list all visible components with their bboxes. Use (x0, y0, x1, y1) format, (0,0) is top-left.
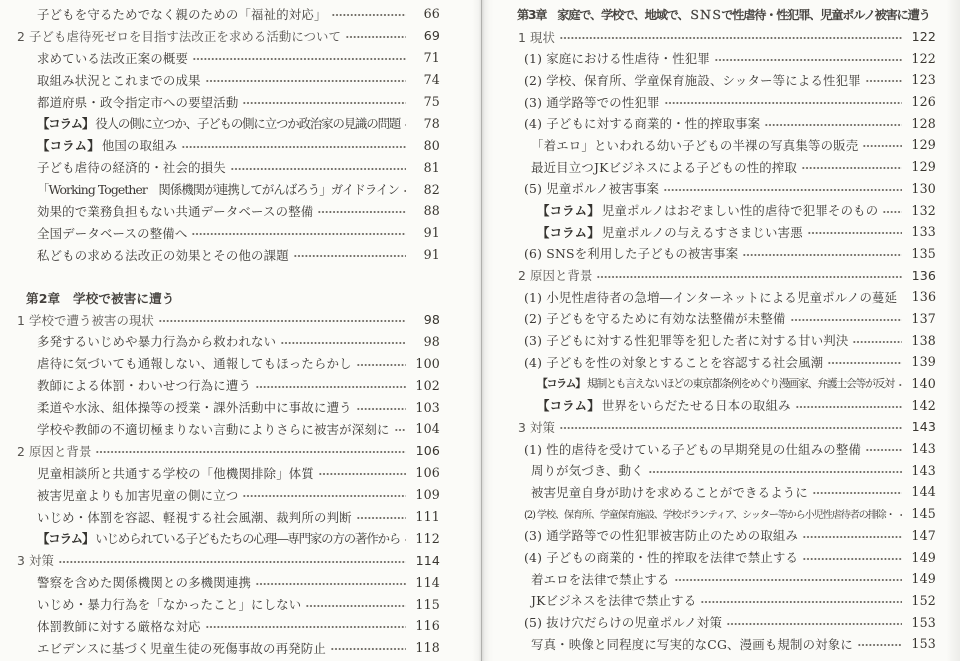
dot-leader (332, 13, 406, 17)
toc-entry-title: 多発するいじめや暴力行為から救われない (37, 332, 276, 350)
toc-row: 3 対策 143 (484, 416, 936, 438)
toc-entry-title: 体罰教師に対する厳格な対応 (37, 617, 201, 635)
column-badge-label: 【コラム】 (37, 114, 93, 132)
dot-leader (560, 36, 902, 40)
toc-entry-title: 2 原因と背景 (518, 266, 592, 284)
toc-entry-title: 全国データベースの整備へ (37, 224, 187, 242)
toc-page-number: 129 (908, 159, 936, 174)
dot-leader (96, 450, 406, 454)
toc-row: 児童相談所と共通する学校の「他機関排除」体質 106 (0, 462, 440, 484)
toc-entry-title: (3) 通学路等での性犯罪 (524, 93, 660, 111)
dot-leader (727, 622, 902, 626)
toc-row: 体罰教師に対する厳格な対応 116 (0, 615, 440, 637)
dot-leader (182, 145, 406, 149)
toc-row: (5) 児童ポルノ被害事案 130 (484, 178, 936, 200)
dot-leader (675, 578, 903, 582)
dot-leader (59, 560, 406, 564)
dot-leader (853, 340, 902, 344)
toc-row: (3) 通学路等での性犯罪被害防止のための取組み 147 (484, 525, 936, 547)
toc-left-page: 子どもを守るためでなく親のための「福祉的対応」 66 2 子ども虐待死ゼロを目指… (0, 0, 478, 661)
dot-leader (883, 210, 902, 214)
toc-row: 1 現状 122 (484, 26, 936, 48)
toc-page-number: 122 (908, 29, 936, 44)
toc-page-number: 145 (908, 506, 936, 521)
toc-row: (1) 家庭における性虐待・性犯罪 122 (484, 47, 936, 69)
toc-row: 【コラム】 児童ポルノの与えるすさまじい害悪 133 (484, 221, 936, 243)
toc-page-number: 135 (908, 246, 936, 261)
toc-page-number: 100 (412, 356, 440, 371)
toc-page-number: 104 (412, 421, 440, 436)
toc-page-number: 106 (412, 465, 440, 480)
toc-row: 2 原因と背景 106 (0, 440, 440, 462)
book-spread: 子どもを守るためでなく親のための「福祉的対応」 66 2 子ども虐待死ゼロを目指… (0, 0, 960, 661)
toc-entry-title: (4) 子どもに対する商業的・性的搾取事案 (524, 114, 760, 132)
dot-leader (243, 494, 406, 498)
toc-entry-title: 「着エロ」といわれる幼い子どもの半裸の写真集等の販売 (531, 136, 858, 154)
toc-entry-title: 着エロを法律で禁止する (531, 570, 670, 588)
toc-page-number: 132 (908, 203, 936, 218)
toc-entry-title: 規制とも言えないほどの東京都条例をめぐり漫画家、弁護士会等が反対 (587, 376, 894, 391)
toc-page-number: 153 (908, 636, 936, 651)
toc-row: エビデンスに基づく児童生徒の死傷事故の再発防止 118 (0, 637, 440, 659)
toc-entry-title: JKビジネスを法律で禁止する (531, 591, 696, 609)
toc-row: 【コラム】 他国の取組み 80 (0, 134, 440, 156)
column-badge-label: 【コラム】 (537, 396, 600, 414)
toc-row: (2) 学校、保育所、学童保育施設、シッター等による性犯罪 123 (484, 69, 936, 91)
toc-page-number: 88 (412, 203, 440, 218)
dot-leader (357, 516, 406, 520)
toc-entry-title: 2 原因と背景 (17, 442, 91, 460)
dot-leader (813, 491, 902, 495)
toc-row: 「着エロ」といわれる幼い子どもの半裸の写真集等の販売 129 (484, 134, 936, 156)
toc-entry-title: 児童相談所と共通する学校の「他機関排除」体質 (37, 464, 314, 482)
toc-page-number: 66 (412, 6, 440, 21)
column-badge-label: 【コラム】 (37, 529, 93, 547)
dot-leader (863, 144, 902, 148)
toc-row: (4) 子どもを性の対象とすることを容認する社会風潮 139 (484, 351, 936, 373)
toc-row: 多発するいじめや暴力行為から救われない 98 (0, 330, 440, 352)
toc-page-number: 98 (412, 312, 440, 327)
toc-page-number: 137 (908, 311, 936, 326)
toc-entry-title: (4) 子どもを性の対象とすることを容認する社会風潮 (524, 353, 823, 371)
dot-leader (900, 513, 902, 517)
toc-page-number: 153 (908, 615, 936, 630)
dot-leader (319, 472, 406, 476)
toc-entry-title: (5) 抜け穴だらけの児童ポルノ対策 (524, 613, 722, 631)
dot-leader (159, 319, 406, 323)
dot-leader (796, 405, 902, 409)
toc-page-number: 75 (412, 94, 440, 109)
toc-entry-title: 写真・映像と同程度に写実的なCG、漫画も規制の対象に (531, 635, 853, 653)
dot-leader (281, 341, 406, 345)
dot-leader (765, 123, 902, 127)
toc-entry-title: 役人の側に立つか、子どもの側に立つか政治家の見識の問題 (95, 114, 400, 132)
dot-leader (858, 643, 902, 647)
toc-entry-title: エビデンスに基づく児童生徒の死傷事故の再発防止 (37, 639, 326, 657)
toc-page-number: 91 (412, 225, 440, 240)
dot-leader (828, 361, 902, 365)
toc-page-number: 69 (412, 28, 440, 43)
toc-entry-title: 効果的で業務負担もない共通データベースの整備 (37, 202, 313, 220)
dot-leader (701, 600, 902, 604)
toc-page-number: 109 (412, 487, 440, 502)
toc-entry-title: 周りが気づき、動く (531, 461, 644, 479)
toc-row: 2 子ども虐待死ゼロを目指す法改正を求める活動について 69 (0, 25, 440, 47)
toc-entry-title: (3) 通学路等での性犯罪被害防止のための取組み (524, 526, 798, 544)
toc-row: (1) 小児性虐待者の急増―インターネットによる児童ポルノの蔓延 136 (484, 286, 936, 308)
dot-leader (256, 582, 406, 586)
dot-leader (899, 383, 902, 387)
toc-page-number: 74 (412, 72, 440, 87)
toc-page-number: 136 (908, 268, 936, 283)
toc-row: 教師による体罰・わいせつ行為に遭う 102 (0, 374, 440, 396)
toc-page-number: 112 (412, 531, 440, 546)
dot-leader (803, 535, 902, 539)
toc-entry-title: 私どもの求める法改正の効果とその他の課題 (37, 246, 289, 264)
toc-page-number: 115 (412, 597, 440, 612)
dot-leader (866, 79, 902, 83)
toc-page-number: 78 (412, 116, 440, 131)
toc-entry-title: 教師による体罰・わいせつ行為に遭う (37, 376, 251, 394)
dot-leader (318, 210, 406, 214)
toc-entry-title: 求めている法改正案の概要 (37, 49, 188, 67)
dot-leader (357, 407, 406, 411)
toc-row: 全国データベースの整備へ 91 (0, 222, 440, 244)
toc-entry-title: 「Working Together 関係機関が連携してがんばろう」ガイドライン (37, 180, 399, 198)
toc-entry-title: 被害児童自身が助けを求めることができるように (531, 483, 808, 501)
toc-row: (6) SNSを利用した子どもの被害事案 135 (484, 243, 936, 265)
toc-row: 【コラム】 世界をいらだたせる日本の取組み 142 (484, 394, 936, 416)
column-badge-label: 【コラム】 (537, 376, 585, 391)
toc-entry-title: (4) 子どもの商業的・性的搾取を法律で禁止する (524, 548, 798, 566)
toc-row: 私どもの求める法改正の効果とその他の課題 91 (0, 244, 440, 266)
toc-row: 「Working Together 関係機関が連携してがんばろう」ガイドライン … (0, 178, 440, 200)
dot-leader (231, 167, 406, 171)
toc-right-page: 第3章 家庭で、学校で、地域で、ＳＮＳで性虐待・性犯罪、児童ポルノ被害に遭う 1… (484, 0, 960, 661)
toc-entry-title: 取組み状況とこれまでの成果 (37, 71, 201, 89)
toc-entry-title: 1 現状 (518, 28, 555, 46)
toc-page-number: 152 (908, 593, 936, 608)
toc-page-number: 133 (908, 224, 936, 239)
toc-row: 警察を含めた関係機関との多機関連携 114 (0, 571, 440, 593)
toc-entry-title: 子どもを守るためでなく親のための「福祉的対応」 (37, 5, 327, 23)
dot-leader (404, 189, 406, 193)
toc-entry-title: 都道府県・政令指定市への要望活動 (37, 93, 238, 111)
toc-entry-title: (2) 子どもを守るために有効な法整備が未整備 (524, 309, 786, 327)
toc-page-number: 80 (412, 138, 440, 153)
toc-entry-title: 虐待に気づいても通報しない、通報してもほったらかし (37, 354, 352, 372)
dot-leader (802, 166, 902, 170)
toc-page-number: 116 (412, 618, 440, 633)
toc-entry-title: 被害児童よりも加害児童の側に立つ (37, 486, 238, 504)
toc-row: 効果的で業務負担もない共通データベースの整備 88 (0, 200, 440, 222)
toc-row: 着エロを法律で禁止する 149 (484, 568, 936, 590)
toc-page-number: 114 (412, 553, 440, 568)
toc-page-number: 118 (412, 640, 440, 655)
toc-page-number: 149 (908, 550, 936, 565)
dot-leader (306, 604, 406, 608)
toc-entry-title: 児童ポルノの与えるすさまじい害悪 (602, 223, 803, 241)
toc-page-number: 142 (908, 398, 936, 413)
toc-row: (4) 子どもの商業的・性的搾取を法律で禁止する 149 (484, 546, 936, 568)
toc-row: (5) 抜け穴だらけの児童ポルノ対策 153 (484, 611, 936, 633)
toc-row: 2 原因と背景 136 (484, 264, 936, 286)
toc-entry-title: (6) SNSを利用した子どもの被害事案 (524, 244, 738, 262)
dot-leader (346, 35, 406, 39)
toc-page-number: 140 (908, 376, 936, 391)
toc-page-number: 136 (908, 289, 936, 304)
toc-entry-title: (3) 子どもに対する性犯罪等を犯した者に対する甘い判決 (524, 331, 848, 349)
toc-entry-title: 警察を含めた関係機関との多機関連携 (37, 573, 251, 591)
toc-page-number: 114 (412, 575, 440, 590)
toc-page-number: 111 (412, 509, 440, 524)
toc-row: JKビジネスを法律で禁止する 152 (484, 590, 936, 612)
toc-entry-title: 第2章 学校で被害に遭う (26, 288, 175, 307)
dot-leader (866, 448, 902, 452)
dot-leader (715, 58, 902, 62)
toc-page-number: 82 (412, 182, 440, 197)
toc-page-number: 143 (908, 419, 936, 434)
toc-page-number: 143 (908, 463, 936, 478)
toc-row: 被害児童自身が助けを求めることができるように 144 (484, 481, 936, 503)
page-gutter-line (481, 0, 482, 661)
toc-row: (3) 通学路等での性犯罪 126 (484, 91, 936, 113)
toc-entry-title: 学校や教師の不適切極まりない言動によりさらに被害が深刻に (37, 420, 390, 438)
dot-leader (405, 538, 406, 542)
toc-page-number: 102 (412, 378, 440, 393)
toc-entry-title: (1) 家庭における性虐待・性犯罪 (524, 49, 710, 67)
dot-leader (294, 254, 406, 258)
toc-row: 都道府県・政令指定市への要望活動 75 (0, 91, 440, 113)
toc-page-number: 144 (908, 484, 936, 499)
toc-entry-title: 柔道や水泳、組体操等の授業・課外活動中に事故に遭う (37, 398, 352, 416)
toc-row: 被害児童よりも加害児童の側に立つ 109 (0, 484, 440, 506)
toc-row: 取組み状況とこれまでの成果 74 (0, 69, 440, 91)
toc-row: 【コラム】 いじめられている子どもたちの心理―専門家の方の著作から 112 (0, 527, 440, 549)
toc-row: いじめ・暴力行為を「なかったこと」にしない 115 (0, 593, 440, 615)
toc-page-number: 129 (908, 137, 936, 152)
toc-page-number: 91 (412, 247, 440, 262)
toc-row: 柔道や水泳、組体操等の授業・課外活動中に事故に遭う 103 (0, 396, 440, 418)
toc-row: いじめ・体罰を容認、軽視する社会風潮、裁判所の判断 111 (0, 506, 440, 528)
toc-page-number: 81 (412, 160, 440, 175)
toc-row: (4) 子どもに対する商業的・性的搾取事案 128 (484, 112, 936, 134)
toc-page-number: 106 (412, 443, 440, 458)
toc-row: 3 対策 114 (0, 549, 440, 571)
toc-page-number: 71 (412, 50, 440, 65)
toc-entry-title: 最近目立つJKビジネスによる子どもの性的搾取 (531, 158, 797, 176)
toc-page-number: 122 (908, 51, 936, 66)
dot-leader (665, 101, 902, 105)
toc-row: 第3章 家庭で、学校で、地域で、ＳＮＳで性虐待・性犯罪、児童ポルノ被害に遭う (484, 4, 936, 26)
dot-leader (560, 426, 902, 430)
dot-leader (243, 101, 406, 105)
toc-entry-title: 児童ポルノはおぞましい性的虐待で犯罪そのもの (602, 201, 879, 219)
toc-row: 虐待に気づいても通報しない、通報してもほったらかし 100 (0, 352, 440, 374)
toc-page-number: 126 (908, 94, 936, 109)
toc-entry-title: (1) 小児性虐待者の急増―インターネットによる児童ポルノの蔓延 (524, 288, 897, 306)
toc-page-number: 143 (908, 441, 936, 456)
dot-leader (192, 232, 406, 236)
toc-row: 1 学校で遭う被害の現状 98 (0, 309, 440, 331)
toc-page-number: 149 (908, 571, 936, 586)
dot-leader (791, 318, 902, 322)
dot-leader (597, 275, 902, 279)
toc-entry-title: (2) 学校、保育所、学童保育施設、シッター等による性犯罪 (524, 71, 861, 89)
toc-entry-title: 1 学校で遭う被害の現状 (17, 311, 154, 329)
dot-leader (206, 79, 406, 83)
toc-entry-title: 2 子ども虐待死ゼロを目指す法改正を求める活動について (17, 27, 341, 45)
dot-leader (649, 470, 902, 474)
toc-row: 求めている法改正案の概要 71 (0, 47, 440, 69)
toc-entry-title: 第3章 家庭で、学校で、地域で、ＳＮＳで性虐待・性犯罪、児童ポルノ被害に遭う (517, 6, 930, 23)
toc-entry-title: 他国の取組み (102, 136, 178, 154)
toc-entry-title: 3 対策 (17, 551, 54, 569)
dot-leader (395, 428, 406, 432)
dot-leader (743, 253, 902, 257)
column-badge-label: 【コラム】 (37, 136, 100, 154)
toc-entry-title: いじめ・体罰を容認、軽視する社会風潮、裁判所の判断 (37, 508, 352, 526)
toc-row: (3) 子どもに対する性犯罪等を犯した者に対する甘い判決 138 (484, 329, 936, 351)
column-badge-label: 【コラム】 (537, 223, 600, 241)
toc-page-number: 103 (412, 400, 440, 415)
toc-page-number: 147 (908, 528, 936, 543)
toc-entry-title: (5) 児童ポルノ被害事案 (524, 179, 659, 197)
toc-row (0, 266, 440, 287)
dot-leader (331, 647, 406, 651)
toc-entry-title: いじめ・暴力行為を「なかったこと」にしない (37, 595, 301, 613)
toc-row: 第2章 学校で被害に遭う (0, 287, 440, 309)
toc-page-number: 98 (412, 334, 440, 349)
toc-entry-title: 3 対策 (518, 418, 555, 436)
toc-page-number: 138 (908, 333, 936, 348)
toc-row: 最近目立つJKビジネスによる子どもの性的搾取 129 (484, 156, 936, 178)
column-badge-label: 【コラム】 (537, 201, 600, 219)
dot-leader (405, 123, 406, 127)
dot-leader (803, 557, 902, 561)
toc-row: 子どもを守るためでなく親のための「福祉的対応」 66 (0, 3, 440, 25)
toc-row: (2) 学校、保育所、学童保育施設、学校ボランティア、シッター等から小児性虐待者… (484, 503, 936, 525)
toc-entry-title: いじめられている子どもたちの心理―専門家の方の著作から (95, 529, 400, 547)
toc-row: 【コラム】 規制とも言えないほどの東京都条例をめぐり漫画家、弁護士会等が反対 1… (484, 373, 936, 395)
dot-leader (193, 57, 406, 61)
toc-row: 【コラム】 児童ポルノはおぞましい性的虐待で犯罪そのもの 132 (484, 199, 936, 221)
toc-row: 写真・映像と同程度に写実的なCG、漫画も規制の対象に 153 (484, 633, 936, 655)
toc-row: (2) 子どもを守るために有効な法整備が未整備 137 (484, 308, 936, 330)
toc-row: 学校や教師の不適切極まりない言動によりさらに被害が深刻に 104 (0, 418, 440, 440)
toc-page-number: 139 (908, 354, 936, 369)
toc-row: (1) 性的虐待を受けている子どもの早期発見の仕組みの整備 143 (484, 438, 936, 460)
dot-leader (357, 363, 406, 367)
dot-leader (256, 385, 406, 389)
dot-leader (808, 231, 902, 235)
toc-entry-title: (1) 性的虐待を受けている子どもの早期発見の仕組みの整備 (524, 440, 861, 458)
toc-entry-title: (2) 学校、保育所、学童保育施設、学校ボランティア、シッター等から小児性虐待者… (524, 506, 895, 521)
toc-page-number: 123 (908, 72, 936, 87)
dot-leader (664, 188, 902, 192)
dot-leader (206, 625, 406, 629)
toc-entry-title: 子ども虐待の経済的・社会的損失 (37, 158, 226, 176)
toc-row: 【コラム】 役人の側に立つか、子どもの側に立つか政治家の見識の問題 78 (0, 112, 440, 134)
toc-page-number: 128 (908, 116, 936, 131)
toc-row: 子ども虐待の経済的・社会的損失 81 (0, 156, 440, 178)
toc-entry-title: 世界をいらだたせる日本の取組み (602, 396, 791, 414)
toc-page-number: 130 (908, 181, 936, 196)
toc-row: 周りが気づき、動く 143 (484, 459, 936, 481)
